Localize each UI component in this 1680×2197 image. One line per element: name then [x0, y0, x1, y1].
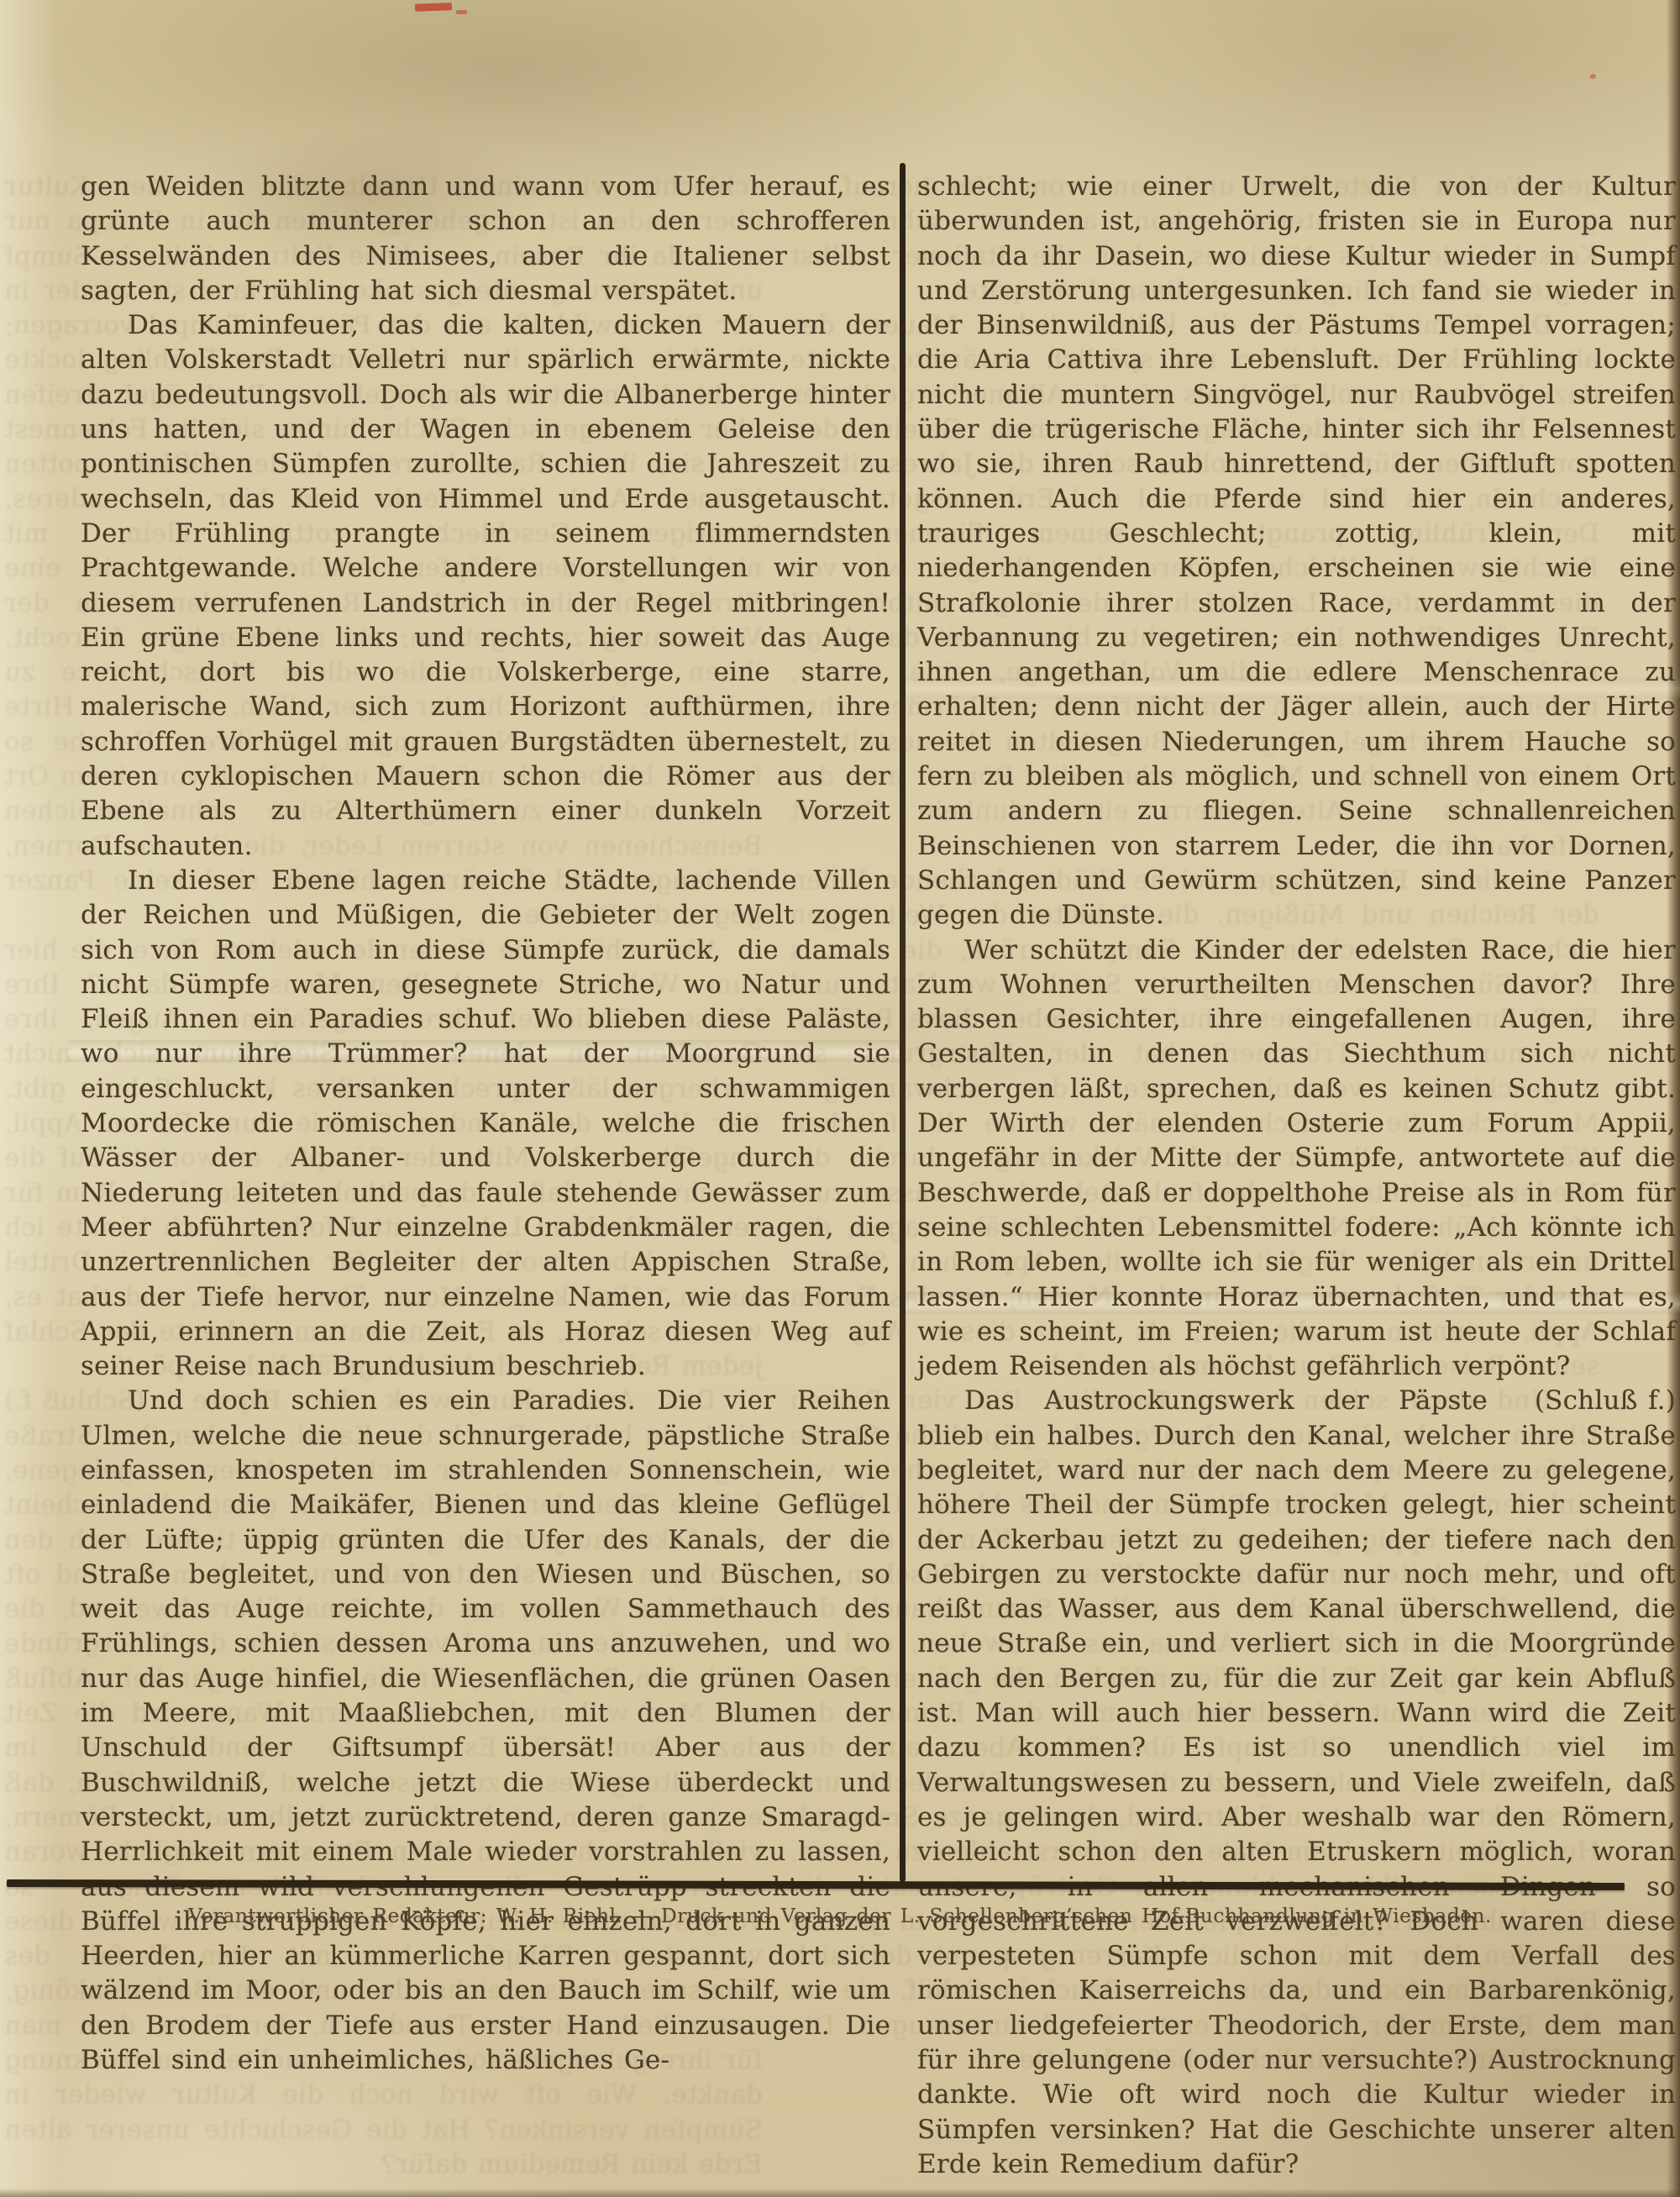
paragraph-continuation: gen Weiden blitzte dann und wann vom Ufe… — [81, 170, 890, 308]
right-column: schlecht; wie einer Urwelt, die von der … — [917, 170, 1676, 2182]
left-column: gen Weiden blitzte dann und wann vom Ufe… — [81, 170, 890, 2078]
paragraph-continuation: schlecht; wie einer Urwelt, die von der … — [917, 170, 1676, 933]
article-text: gen Weiden blitzte dann und wann vom Ufe… — [0, 0, 1680, 2197]
paragraph: In dieser Ebene lagen reiche Städte, lac… — [81, 864, 890, 1384]
closing-mark: (Schluß f.) — [1488, 1384, 1676, 1418]
paragraph: Wer schützt die Kinder der edelsten Race… — [917, 933, 1676, 1385]
paragraph: Und doch schien es ein Paradies. Die vie… — [81, 1384, 890, 2078]
paragraph: (Schluß f.)Das Austrockungswerk der Päps… — [917, 1384, 1676, 2182]
paragraph: Das Kaminfeuer, das die kalten, dicken M… — [81, 308, 890, 864]
paragraph-text: Das Austrockungswerk der Päpste blieb ei… — [917, 1385, 1676, 2179]
imprint-line: Verantwortlicher Redakteur: W. H. Riehl.… — [0, 1904, 1680, 1927]
scanned-newspaper-page: gen Weiden blitzte dann und wann vom Ufe… — [0, 0, 1680, 2197]
